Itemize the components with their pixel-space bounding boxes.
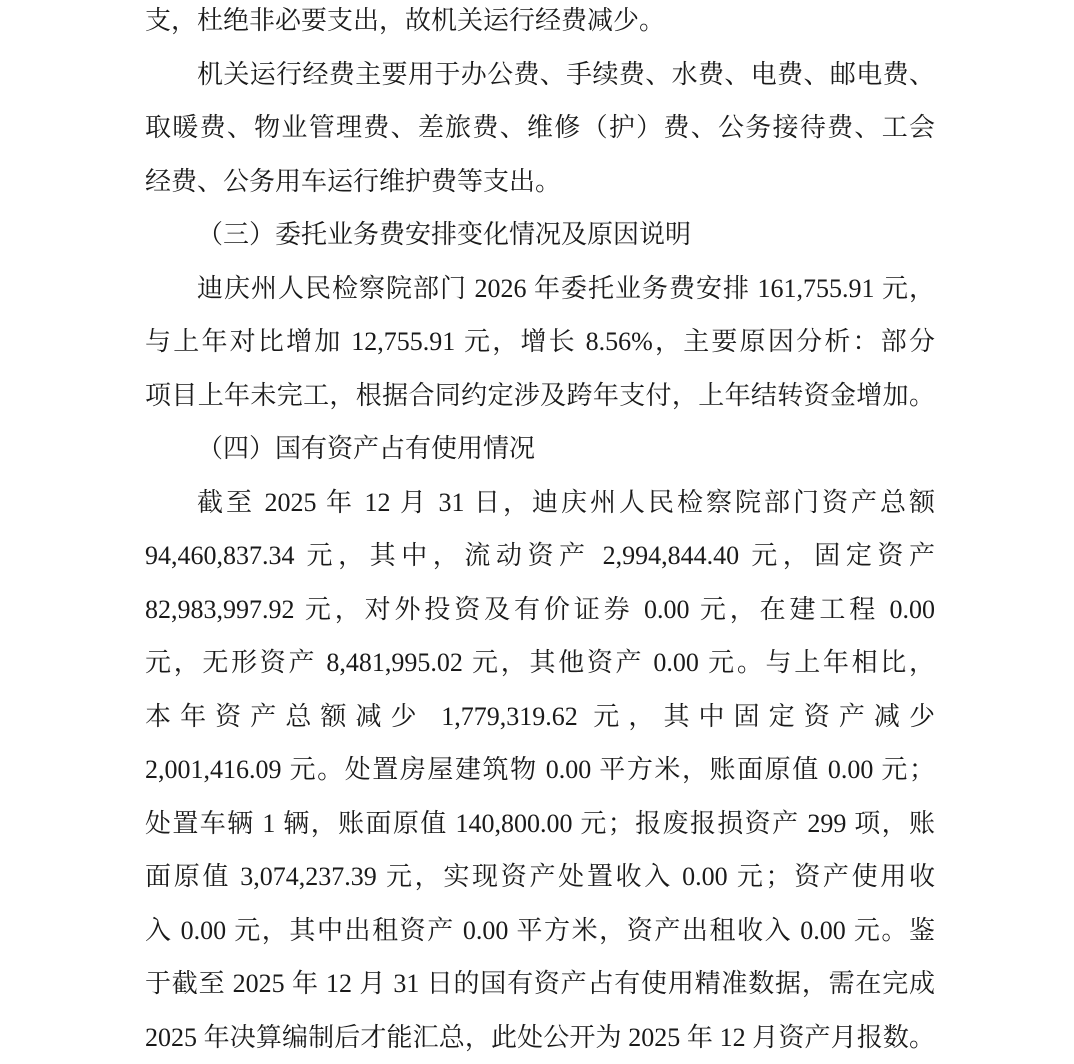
document-line: 与上年对比增加 12,755.91 元，增长 8.56%，主要原因分析：部分 xyxy=(145,315,935,369)
document-line: 经费、公务用车运行维护费等支出。 xyxy=(145,155,935,209)
document-line: 2,001,416.09 元。处置房屋建筑物 0.00 平方米，账面原值 0.0… xyxy=(145,743,935,797)
document-line: 迪庆州人民检察院部门 2026 年委托业务费安排 161,755.91 元， xyxy=(145,262,935,316)
section-heading: （四）国有资产占有使用情况 xyxy=(145,422,935,476)
document-line: 项目上年未完工，根据合同约定涉及跨年支付，上年结转资金增加。 xyxy=(145,369,935,423)
document-line: 支，杜绝非必要支出，故机关运行经费减少。 xyxy=(145,0,935,48)
document-line: 94,460,837.34 元，其中，流动资产 2,994,844.40 元，固… xyxy=(145,529,935,583)
document-line: 2025 年决算编制后才能汇总，此处公开为 2025 年 12 月资产月报数。 xyxy=(145,1011,935,1064)
document-line: 本年资产总额减少 1,779,319.62 元，其中固定资产减少 xyxy=(145,690,935,744)
document-line: 机关运行经费主要用于办公费、手续费、水费、电费、邮电费、 xyxy=(145,48,935,102)
section-heading: （三）委托业务费安排变化情况及原因说明 xyxy=(145,208,935,262)
document-line: 入 0.00 元，其中出租资产 0.00 平方米，资产出租收入 0.00 元。鉴 xyxy=(145,904,935,958)
document-line: 于截至 2025 年 12 月 31 日的国有资产占有使用精准数据，需在完成 xyxy=(145,957,935,1011)
document-line: 处置车辆 1 辆，账面原值 140,800.00 元；报废报损资产 299 项，… xyxy=(145,797,935,851)
document-line: 截至 2025 年 12 月 31 日，迪庆州人民检察院部门资产总额 xyxy=(145,476,935,530)
document-text-block: 支，杜绝非必要支出，故机关运行经费减少。机关运行经费主要用于办公费、手续费、水费… xyxy=(145,0,935,1064)
document-line: 元，无形资产 8,481,995.02 元，其他资产 0.00 元。与上年相比， xyxy=(145,636,935,690)
document-line: 82,983,997.92 元，对外投资及有价证券 0.00 元，在建工程 0.… xyxy=(145,583,935,637)
document-line: 面原值 3,074,237.39 元，实现资产处置收入 0.00 元；资产使用收 xyxy=(145,850,935,904)
document-line: 取暖费、物业管理费、差旅费、维修（护）费、公务接待费、工会 xyxy=(145,101,935,155)
document-page: 支，杜绝非必要支出，故机关运行经费减少。机关运行经费主要用于办公费、手续费、水费… xyxy=(0,0,1074,1064)
